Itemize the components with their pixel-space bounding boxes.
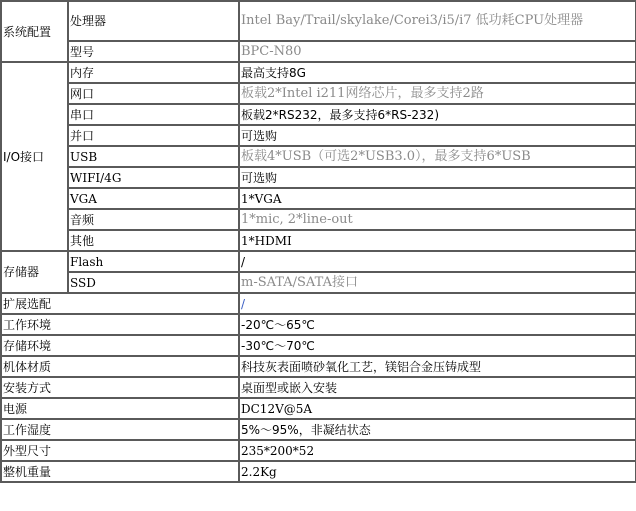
- row-value: 板载4*USB（可选2*USB3.0），最多支持6*USB: [239, 146, 636, 167]
- table-row: 扩展选配 /: [1, 293, 636, 314]
- row-value: 235*200*52: [239, 440, 636, 461]
- row-label: Flash: [68, 251, 239, 272]
- row-label: 内存: [68, 62, 239, 83]
- row-label: 安装方式: [1, 377, 239, 398]
- row-label: VGA: [68, 188, 239, 209]
- row-label: 型号: [68, 41, 239, 62]
- group-label-storage: 存储器: [1, 251, 68, 293]
- table-row: 并口 可选购: [1, 125, 636, 146]
- row-label: 工作环境: [1, 314, 239, 335]
- row-label: 处理器: [68, 1, 239, 41]
- row-value: 桌面型或嵌入安装: [239, 377, 636, 398]
- table-row: 机体材质 科技灰表面喷砂氧化工艺，镁铝合金压铸成型: [1, 356, 636, 377]
- row-label: 机体材质: [1, 356, 239, 377]
- table-row: 整机重量 2.2Kg: [1, 461, 636, 482]
- group-label-io: I/O接口: [1, 62, 68, 251]
- row-label: 外型尺寸: [1, 440, 239, 461]
- table-row: 网口 板载2*Intel i211网络芯片，最多支持2路: [1, 83, 636, 104]
- row-label: 工作湿度: [1, 419, 239, 440]
- table-row: WIFI/4G 可选购: [1, 167, 636, 188]
- row-label: 电源: [1, 398, 239, 419]
- table-row: USB 板载4*USB（可选2*USB3.0），最多支持6*USB: [1, 146, 636, 167]
- row-label: 并口: [68, 125, 239, 146]
- row-value: 2.2Kg: [239, 461, 636, 482]
- row-label: 存储环境: [1, 335, 239, 356]
- row-value: DC12V@5A: [239, 398, 636, 419]
- row-value: 科技灰表面喷砂氧化工艺，镁铝合金压铸成型: [239, 356, 636, 377]
- row-value: 最高支持8G: [239, 62, 636, 83]
- table-row: 型号 BPC-N80: [1, 41, 636, 62]
- table-row: 电源 DC12V@5A: [1, 398, 636, 419]
- group-label-system: 系统配置: [1, 1, 68, 62]
- row-label: WIFI/4G: [68, 167, 239, 188]
- row-value: 可选购: [239, 125, 636, 146]
- row-value: 1*VGA: [239, 188, 636, 209]
- row-value: /: [239, 251, 636, 272]
- table-row: SSD m-SATA/SATA接口: [1, 272, 636, 293]
- table-row: 音频 1*mic, 2*line-out: [1, 209, 636, 230]
- table-row: 存储器 Flash /: [1, 251, 636, 272]
- row-label: 网口: [68, 83, 239, 104]
- row-value: -20℃～65℃: [239, 314, 636, 335]
- row-value: 板载2*RS232，最多支持6*RS-232): [239, 104, 636, 125]
- row-label: 整机重量: [1, 461, 239, 482]
- row-value: m-SATA/SATA接口: [239, 272, 636, 293]
- table-row: 系统配置 处理器 Intel Bay/Trail/skylake/Corei3/…: [1, 1, 636, 41]
- row-value: -30℃～70℃: [239, 335, 636, 356]
- row-value: 1*HDMI: [239, 230, 636, 251]
- row-value: /: [239, 293, 636, 314]
- row-label: USB: [68, 146, 239, 167]
- row-value: 板载2*Intel i211网络芯片，最多支持2路: [239, 83, 636, 104]
- row-value: BPC-N80: [239, 41, 636, 62]
- table-row: 存储环境 -30℃～70℃: [1, 335, 636, 356]
- row-value: 可选购: [239, 167, 636, 188]
- table-row: 串口 板载2*RS232，最多支持6*RS-232): [1, 104, 636, 125]
- table-row: 其他 1*HDMI: [1, 230, 636, 251]
- row-value: Intel Bay/Trail/skylake/Corei3/i5/i7 低功耗…: [239, 1, 636, 41]
- table-row: 工作环境 -20℃～65℃: [1, 314, 636, 335]
- table-row: 工作湿度 5%～95%，非凝结状态: [1, 419, 636, 440]
- row-label: 扩展选配: [1, 293, 239, 314]
- row-value: 1*mic, 2*line-out: [239, 209, 636, 230]
- row-label: 音频: [68, 209, 239, 230]
- row-value: 5%～95%，非凝结状态: [239, 419, 636, 440]
- table-row: 安装方式 桌面型或嵌入安装: [1, 377, 636, 398]
- spec-table: 系统配置 处理器 Intel Bay/Trail/skylake/Corei3/…: [0, 0, 636, 483]
- table-row: I/O接口 内存 最高支持8G: [1, 62, 636, 83]
- table-row: VGA 1*VGA: [1, 188, 636, 209]
- row-label: 串口: [68, 104, 239, 125]
- row-label: SSD: [68, 272, 239, 293]
- table-row: 外型尺寸 235*200*52: [1, 440, 636, 461]
- row-label: 其他: [68, 230, 239, 251]
